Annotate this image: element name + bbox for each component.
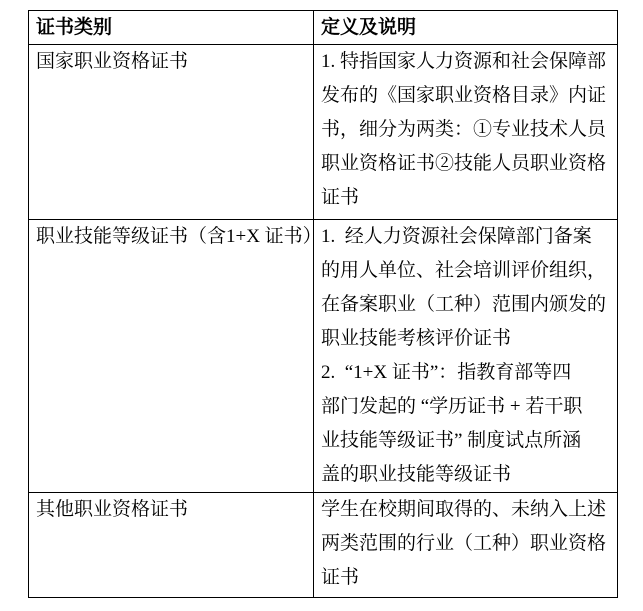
category-cell-other-certificate: 其他职业资格证书 bbox=[29, 493, 314, 598]
header-cell-definition: 定义及说明 bbox=[314, 11, 618, 45]
table-row: 其他职业资格证书 学生在校期间取得的、未纳入上述 两类范围的行业（工种）职业资格… bbox=[29, 493, 618, 598]
table-row: 国家职业资格证书 1. 特指国家人力资源和社会保障部 发布的《国家职业资格目录》… bbox=[29, 45, 618, 220]
table-header-row: 证书类别 定义及说明 bbox=[29, 11, 618, 45]
definition-cell-skill-level-certificate: 1. 经人力资源社会保障部门备案 的用人单位、社会培训评价组织， 在备案职业（工… bbox=[314, 220, 618, 493]
category-cell-national-certificate: 国家职业资格证书 bbox=[29, 45, 314, 220]
table-row: 职业技能等级证书（含1+X 证书） 1. 经人力资源社会保障部门备案 的用人单位… bbox=[29, 220, 618, 493]
certificate-table: 证书类别 定义及说明 国家职业资格证书 1. 特指国家人力资源和社会保障部 发布… bbox=[28, 10, 618, 598]
header-cell-category: 证书类别 bbox=[29, 11, 314, 45]
definition-cell-national-certificate: 1. 特指国家人力资源和社会保障部 发布的《国家职业资格目录》内证 书，细分为两… bbox=[314, 45, 618, 220]
category-cell-skill-level-certificate: 职业技能等级证书（含1+X 证书） bbox=[29, 220, 314, 493]
document-page: 证书类别 定义及说明 国家职业资格证书 1. 特指国家人力资源和社会保障部 发布… bbox=[0, 0, 643, 611]
definition-cell-other-certificate: 学生在校期间取得的、未纳入上述 两类范围的行业（工种）职业资格 证书 bbox=[314, 493, 618, 598]
